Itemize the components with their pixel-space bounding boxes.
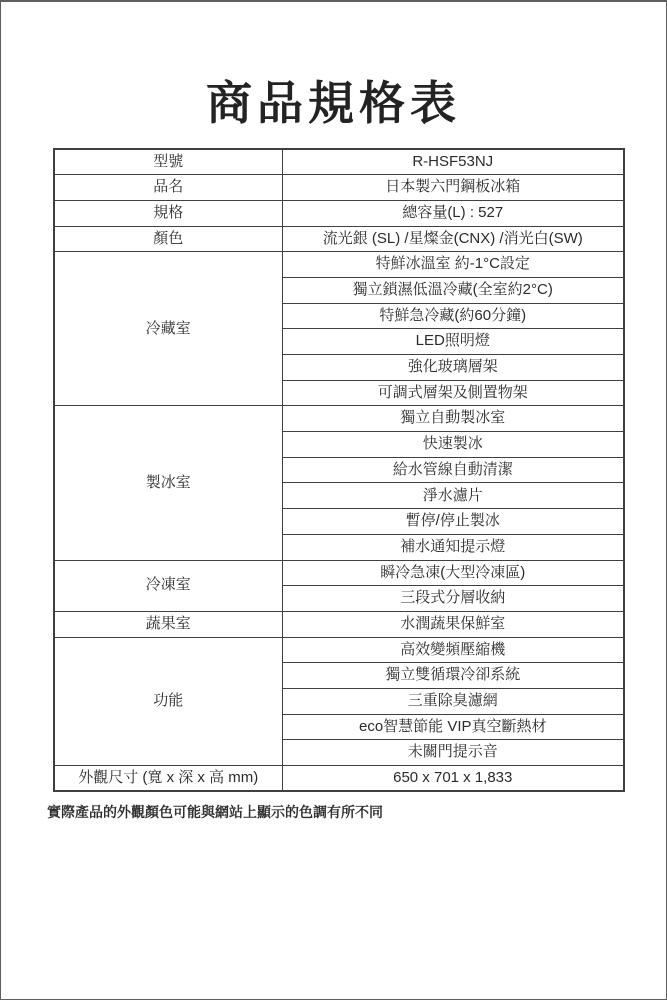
spec-value: 強化玻璃層架 [282, 355, 624, 381]
table-row: 冷藏室特鮮冰溫室 約-1°C設定 [54, 252, 624, 278]
spec-value: 瞬冷急凍(大型冷凍區) [282, 560, 624, 586]
page-title: 商品規格表 [0, 78, 667, 128]
spec-value: 淨水濾片 [282, 483, 624, 509]
spec-value: LED照明燈 [282, 329, 624, 355]
spec-label: 功能 [54, 637, 282, 765]
table-row: 功能高效變頻壓縮機 [54, 637, 624, 663]
spec-label: 品名 [54, 175, 282, 201]
table-row: 蔬果室水潤蔬果保鮮室 [54, 611, 624, 637]
spec-value: 高效變頻壓縮機 [282, 637, 624, 663]
table-row: 外觀尺寸 (寬 x 深 x 高 mm)650 x 701 x 1,833 [54, 766, 624, 792]
spec-value: 快速製冰 [282, 432, 624, 458]
spec-value: 水潤蔬果保鮮室 [282, 611, 624, 637]
table-row: 規格總容量(L) : 527 [54, 200, 624, 226]
spec-value: 三段式分層收納 [282, 586, 624, 612]
spec-value: 獨立鎖濕低溫冷藏(全室約2°C) [282, 277, 624, 303]
spec-label: 外觀尺寸 (寬 x 深 x 高 mm) [54, 766, 282, 792]
spec-value: 日本製六門鋼板冰箱 [282, 175, 624, 201]
color-disclaimer-note: 實際產品的外觀顏色可能與網站上顯示的色調有所不同 [47, 802, 383, 822]
spec-value: R-HSF53NJ [282, 149, 624, 175]
spec-value: 可調式層架及側置物架 [282, 380, 624, 406]
spec-value: 三重除臭濾網 [282, 688, 624, 714]
table-row: 冷凍室瞬冷急凍(大型冷凍區) [54, 560, 624, 586]
spec-value: eco智慧節能 VIP真空斷熱材 [282, 714, 624, 740]
table-row: 型號R-HSF53NJ [54, 149, 624, 175]
spec-label: 蔬果室 [54, 611, 282, 637]
spec-value: 獨立雙循環冷卻系統 [282, 663, 624, 689]
spec-table: 型號R-HSF53NJ品名日本製六門鋼板冰箱規格總容量(L) : 527顏色流光… [53, 148, 625, 792]
spec-value: 流光銀 (SL) /星燦金(CNX) /消光白(SW) [282, 226, 624, 252]
table-row: 品名日本製六門鋼板冰箱 [54, 175, 624, 201]
spec-value: 給水管線自動清潔 [282, 457, 624, 483]
spec-value: 總容量(L) : 527 [282, 200, 624, 226]
spec-label: 型號 [54, 149, 282, 175]
spec-label: 製冰室 [54, 406, 282, 560]
spec-label: 冷藏室 [54, 252, 282, 406]
spec-label: 冷凍室 [54, 560, 282, 611]
spec-value: 獨立自動製冰室 [282, 406, 624, 432]
spec-value: 特鮮冰溫室 約-1°C設定 [282, 252, 624, 278]
spec-label: 顏色 [54, 226, 282, 252]
spec-value: 未關門提示音 [282, 740, 624, 766]
spec-value: 650 x 701 x 1,833 [282, 766, 624, 792]
spec-label: 規格 [54, 200, 282, 226]
spec-value: 特鮮急冷藏(約60分鐘) [282, 303, 624, 329]
table-row: 顏色流光銀 (SL) /星燦金(CNX) /消光白(SW) [54, 226, 624, 252]
spec-value: 暫停/停止製冰 [282, 509, 624, 535]
spec-value: 補水通知提示燈 [282, 534, 624, 560]
spec-table-body: 型號R-HSF53NJ品名日本製六門鋼板冰箱規格總容量(L) : 527顏色流光… [54, 149, 624, 791]
table-row: 製冰室獨立自動製冰室 [54, 406, 624, 432]
